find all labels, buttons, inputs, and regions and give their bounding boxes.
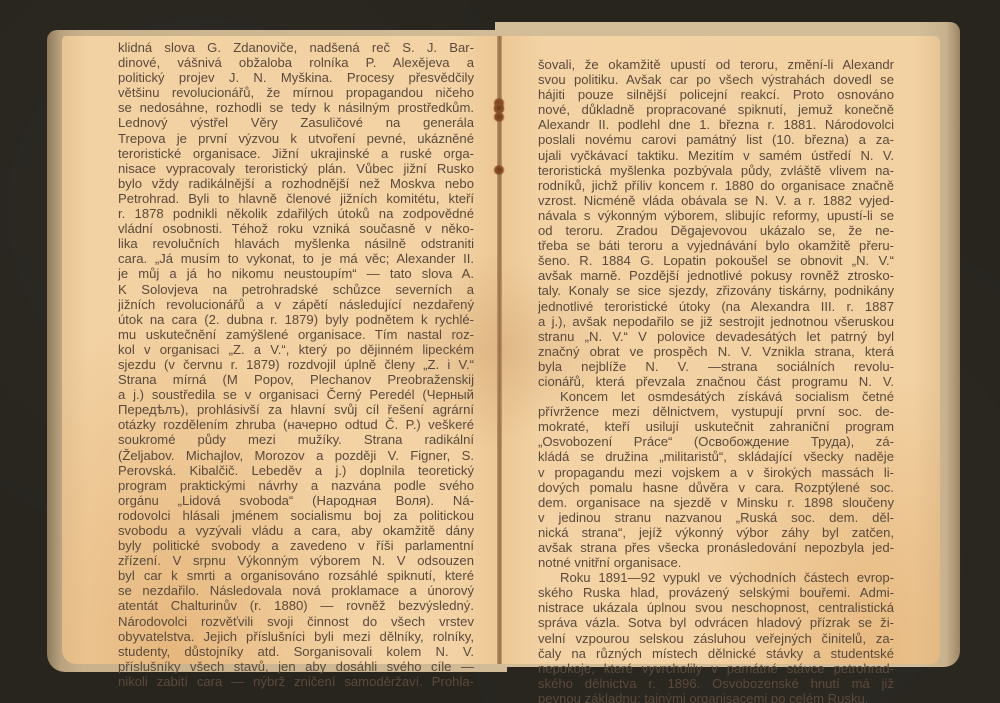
text-line: nisace vypracovaly teroristický plán. Vů…	[118, 161, 474, 176]
text-line: program praktickými návrhy a nazvána pod…	[118, 478, 474, 493]
text-line: dinové, vášnivá obžaloba rolníka P. Alex…	[118, 55, 474, 70]
text-line: ského Ruska hlad, provázený selskými bou…	[538, 585, 894, 600]
text-line: otázky rozdělením zhruba (начерно odtud …	[118, 417, 474, 432]
text-line: r. 1878 podnikli několik zdařilých útoků…	[118, 206, 474, 221]
text-line: byla nejblíže N. V. —strana sociálních r…	[538, 359, 894, 374]
text-line: nická strana“, jejíž výkonný výbor záhy …	[538, 525, 894, 540]
binding-staple-icon	[493, 165, 505, 175]
text-line: rodníků, jichž příliv koncem r. 1880 do …	[538, 178, 894, 193]
text-line: atentát Chalturinův (r. 1880) — rovněž b…	[118, 598, 474, 613]
text-line: přívržence mezi dělnictvem, vystupují pr…	[538, 404, 894, 419]
text-line: pevnou základnu; tajnými organisacemi po…	[538, 691, 894, 703]
text-line: K Solovjeva na petrohradské schůzce seve…	[118, 282, 474, 297]
text-line: dových pomalu hasne důvěra v cara. Rozpt…	[538, 480, 894, 495]
text-line: lika revolučních hlavách myšlenka násiln…	[118, 236, 474, 251]
text-line: je můj a já ho nikomu neustoupím“ — tato…	[118, 266, 474, 281]
text-line: ského dělnictva r. 1896. Osvobozenské hn…	[538, 676, 894, 691]
text-line: se nezdařilo. Následovala nová proklamac…	[118, 583, 474, 598]
text-line: „Osvobození Práce“ (Освобождение Труда),…	[538, 434, 894, 449]
text-line: cionářů, která převzala značnou část pro…	[538, 374, 894, 389]
text-line: mu uskutečnění zamýšlené organisace. Tím…	[118, 327, 474, 342]
text-line: kol v organisaci „Z. a V.“, který po děj…	[118, 342, 474, 357]
text-line: Koncem let osmdesátých získává socialism…	[538, 389, 894, 404]
text-line: nové, důkladně propracované spiknutí, je…	[538, 102, 894, 117]
text-line: teroristické organisace. Jižní ukrajinsk…	[118, 146, 474, 161]
text-line: notné vnitřní organisace.	[538, 555, 894, 570]
text-line: (Željabov. Michajlov, Morozov a později …	[118, 448, 474, 463]
text-line: správa vázla. Sotva byl odvrácen hladový…	[538, 615, 894, 630]
text-line: byl car k smrti a organisováno rozsáhlé …	[118, 568, 474, 583]
text-line: třeba se báti teroru a vyjednávání bylo …	[538, 238, 894, 253]
text-line: šeno. R. 1884 G. Lopatin pokoušel se obn…	[538, 253, 894, 268]
text-line: Trepova je první výzvou k utvoření pevné…	[118, 131, 474, 146]
text-line: politický projev J. N. Myškina. Procesy …	[118, 70, 474, 85]
text-line: se nedosáhne, rozhodli se tedy k násilný…	[118, 100, 474, 115]
text-line: vládní osobnosti. Téhož roku vzniká souč…	[118, 221, 474, 236]
text-line: stranu „N. V.“ V polovice devadesátých l…	[538, 329, 894, 344]
text-line: mokraté, kteří usilují uskutečnit zahran…	[538, 419, 894, 434]
text-line: v jedinou stranu nazvanou „Ruská soc. de…	[538, 510, 894, 525]
binding-staple-icon	[493, 112, 505, 122]
text-line: značný obrat ve prospěch N. V. Vznikla s…	[538, 344, 894, 359]
text-line: v propagandu mezi vojskem a v širokých m…	[538, 465, 894, 480]
text-line: kládá se družina „militaristů“, skládají…	[538, 449, 894, 464]
text-line: zřízení. V srpnu Výkonným výborem N. V o…	[118, 553, 474, 568]
text-line: nepokoje, které vyvrcholily v památné st…	[538, 661, 894, 676]
text-line: poslali novému carovi památný list (10. …	[538, 132, 894, 147]
text-line: nistrace ukázala úplnou svou neschopnost…	[538, 600, 894, 615]
text-line: sjezdu (v červnu r. 1879) rozdvojil úpln…	[118, 357, 474, 372]
text-line: taly. Konaly se sice sjezdy, zřizovány t…	[538, 283, 894, 298]
text-line: svou politiku. Avšak car po všech výstra…	[538, 72, 894, 87]
text-line: velní vzpourou selskou zásluhou veřejnýc…	[538, 631, 894, 646]
text-line: soukromé půdy mezi mužíky. Strana radiká…	[118, 432, 474, 447]
text-line: návala s výkonným výborem, slibujíc refo…	[538, 208, 894, 223]
text-line: a j.) soustředila se v organisaci Černý …	[118, 387, 474, 402]
text-line: Roku 1891—92 vypukl ve východních částec…	[538, 570, 894, 585]
text-line: orgánu „Lidová svoboda“ (Народная Воля).…	[118, 493, 474, 508]
text-line: obyvatelstva. Jejich příslušníci byli me…	[118, 629, 474, 644]
text-line: avšak strana přes všecka pronásledování …	[538, 540, 894, 555]
text-line: jižních revolucionářů a v zápětí následu…	[118, 297, 474, 312]
text-line: od teroru. Zradou Děgajevovou ukázalo se…	[538, 223, 894, 238]
text-line: většinu revolucionářů, že mírnou propaga…	[118, 85, 474, 100]
text-line: útok na cara (2. dubna r. 1879) byly pod…	[118, 312, 474, 327]
text-line: rodovolci hlásali jménem socialismu boj …	[118, 508, 474, 523]
text-line: jednotlivé teroristické útoky (na Alexan…	[538, 299, 894, 314]
text-line: Perovská. Kibalčič. Lebeděv a j.) doplni…	[118, 463, 474, 478]
text-line: Передѣлъ), prohlásivší za hlavní svůj cí…	[118, 402, 474, 417]
right-page-text: šovali, že okamžitě upustí od teroru, zm…	[538, 57, 894, 703]
text-line: byly politické svobody a zavedeno v říši…	[118, 538, 474, 553]
text-line: Petrohrad. Byli to hlavně členové jižníc…	[118, 191, 474, 206]
text-line: avšak marně. Pozdější jednotlivé pokusy …	[538, 268, 894, 283]
text-line: Národovolci rozvěťvili svoji činnost do …	[118, 614, 474, 629]
text-line: šovali, že okamžitě upustí od teroru, zm…	[538, 57, 894, 72]
text-line: a j.), avšak nepodařilo se již sestrojit…	[538, 314, 894, 329]
text-line: teroristická myšlenka pozbývala půdy, zv…	[538, 163, 894, 178]
text-line: čaly na různých místech dělnické stávky …	[538, 646, 894, 661]
text-line: hájiti pouze silnější policejní reakcí. …	[538, 87, 894, 102]
book-spine-gutter	[497, 36, 502, 664]
text-line: Strana mírná (M Popov, Plechanov Preobra…	[118, 372, 474, 387]
text-line: cara. „Já musím to vykonat, to je má věc…	[118, 251, 474, 266]
text-line: bylo vždy radikálnější a rozhodnější než…	[118, 176, 474, 191]
text-line: nikoli zabití cara — nýbrž zničení samod…	[118, 674, 474, 689]
text-line: Lednový výstřel Věry Zasuličové na gener…	[118, 115, 474, 130]
text-line: vzrost. Nicméně vláda obávala se N. V. a…	[538, 193, 894, 208]
left-page-text: klidná slova G. Zdanoviče, nadšená reč S…	[118, 40, 474, 689]
text-line: příslušníky všech stavů, jen aby dosáhli…	[118, 659, 474, 674]
text-line: Alexandr II. podlehl dne 1. března r. 18…	[538, 117, 894, 132]
text-line: ujali vyčkávací taktiku. Mezitím v samém…	[538, 148, 894, 163]
text-line: klidná slova G. Zdanoviče, nadšená reč S…	[118, 40, 474, 55]
text-line: svobodu a vyzývali vládu a cara, aby oka…	[118, 523, 474, 538]
text-line: studenty, důstojníky atd. Sorganisovali …	[118, 644, 474, 659]
text-line: dem. organisace na sjezdě v Minsku r. 18…	[538, 495, 894, 510]
